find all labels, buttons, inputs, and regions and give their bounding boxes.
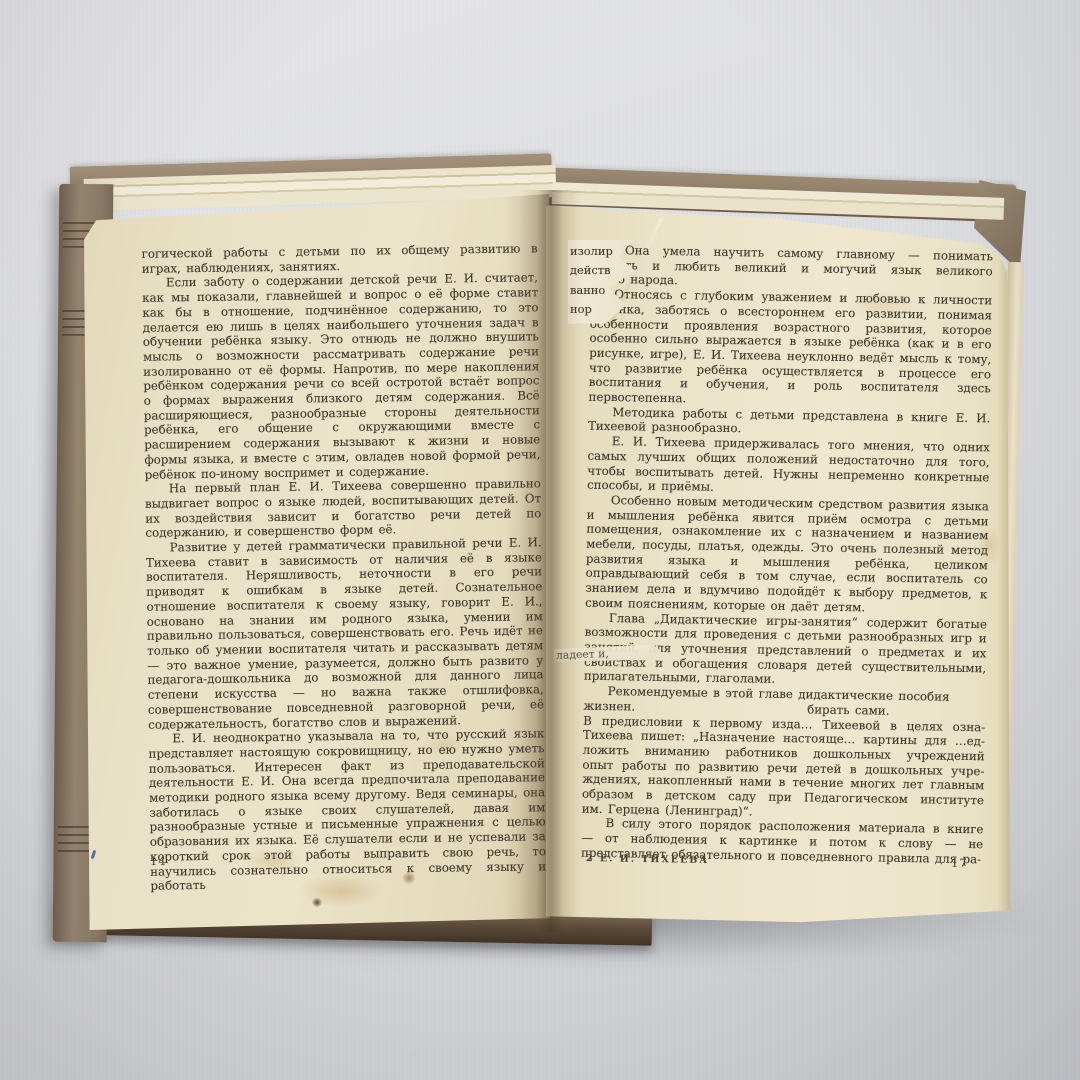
stain [312, 898, 322, 907]
torn-text-right: бирать сами. [807, 702, 890, 718]
right-page-text: им. Она умела научить самому главному — … [581, 243, 993, 867]
page-number-left: 14 [150, 854, 167, 868]
paragraph: Е. И. неоднократно указывала на то, что … [148, 726, 546, 893]
photo-scene: гогической работы с детьми по их общему … [0, 0, 1080, 1080]
paragraph: Относясь с глубоким уважением и любовью … [588, 287, 992, 411]
left-page-text: гогической работы с детьми по их общему … [142, 241, 547, 893]
signature-mark: 2 Е. И. ТИХЕЕВА [586, 853, 709, 866]
torn-text-left: жизнен. [583, 698, 635, 714]
page-number-right: 17 [951, 856, 968, 870]
paragraph: Если заботу о содержании детской речи Е.… [142, 271, 541, 482]
pen-mark [91, 850, 97, 859]
right-page: им. Она умела научить самому главному — … [546, 194, 1010, 928]
left-page: гогической работы с детьми по их общему … [84, 186, 550, 930]
paragraph: На первый план Е. И. Тихеева совершенно … [145, 476, 542, 540]
paragraph: Е. И. Тихеева придерживалась того мнения… [587, 434, 990, 499]
paragraph: Развитие у детей грамматически правильно… [146, 535, 545, 732]
paragraph: Особенно новым методическим средством ра… [585, 493, 989, 617]
